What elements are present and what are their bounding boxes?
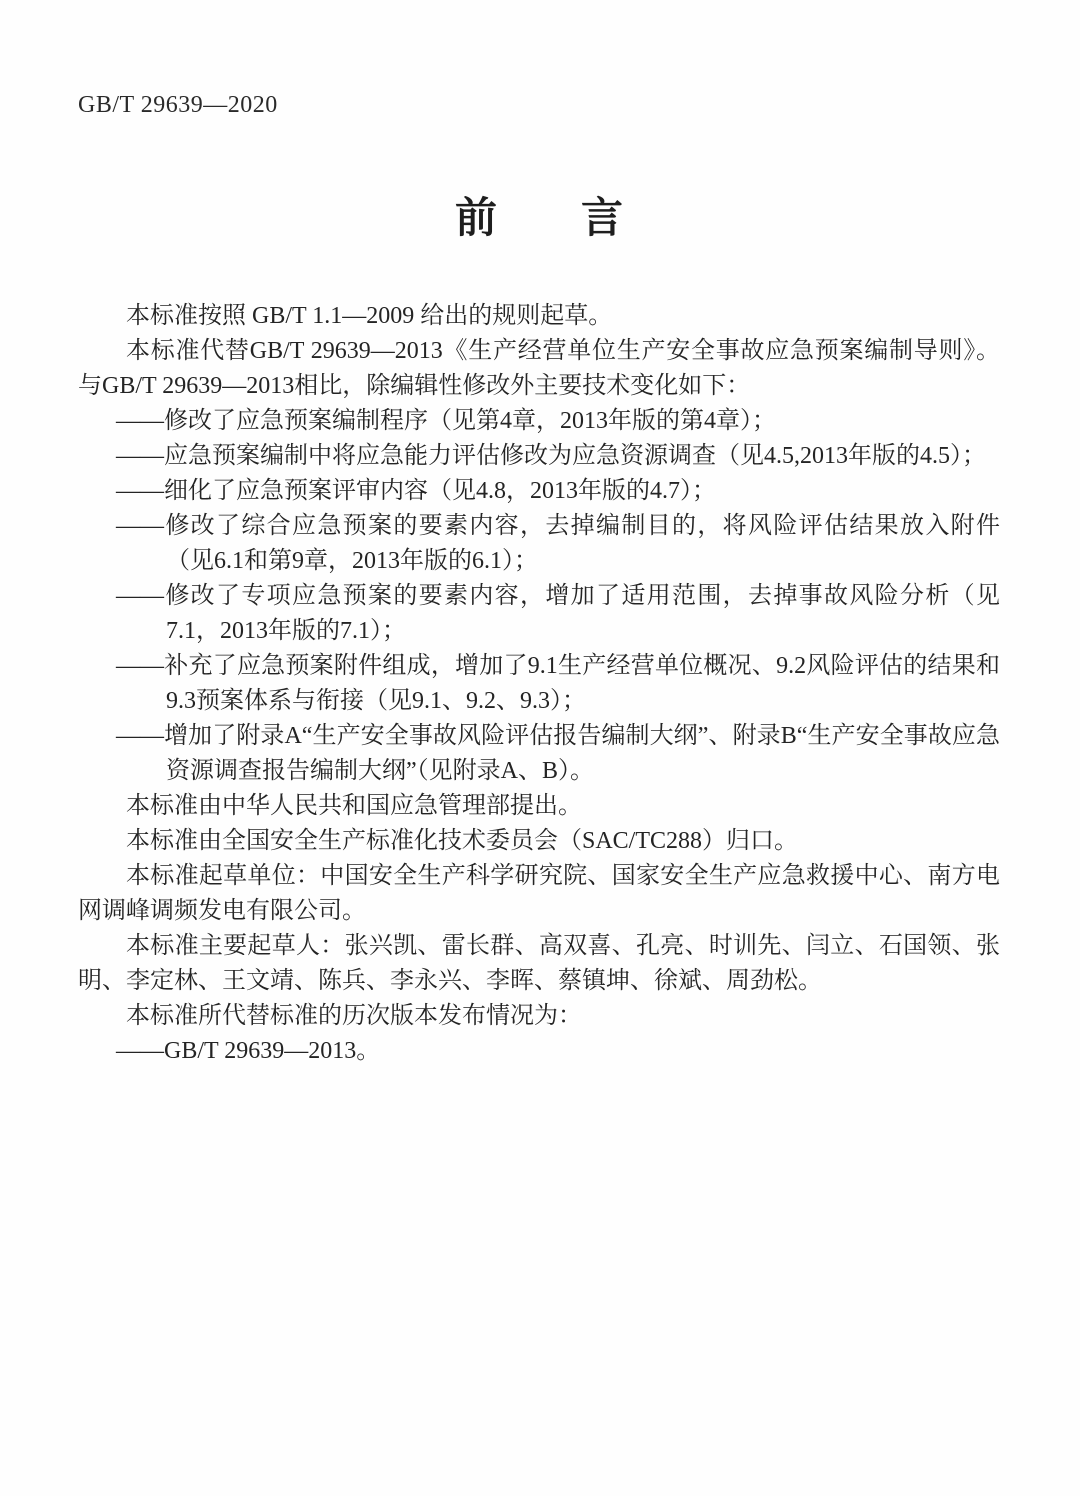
change-item-resource-survey: ——应急预案编制中将应急能力评估修改为应急资源调查（见4.5,2013年版的4.… <box>116 439 1000 474</box>
change-item-special-plan-elements: ——修改了专项应急预案的要素内容，增加了适用范围，去掉事故风险分析（见7.1，2… <box>116 579 1000 649</box>
para-drafting-rules: 本标准按照 GB/T 1.1—2009 给出的规则起草。 <box>78 299 1000 334</box>
para-drafting-organizations: 本标准起草单位：中国安全生产科学研究院、国家安全生产应急救援中心、南方电网调峰调… <box>78 859 1000 929</box>
item-previous-edition-2013: ——GB/T 29639—2013。 <box>116 1034 1000 1069</box>
change-item-compilation-procedure: ——修改了应急预案编制程序（见第4章，2013年版的第4章）； <box>116 404 1000 439</box>
foreword-body: 本标准按照 GB/T 1.1—2009 给出的规则起草。 本标准代替GB/T 2… <box>78 299 1000 1069</box>
foreword-title: 前 言 <box>78 185 1000 245</box>
change-item-annex-composition: ——补充了应急预案附件组成，增加了9.1生产经营单位概况、9.2风险评估的结果和… <box>116 649 1000 719</box>
para-previous-editions-intro: 本标准所代替标准的历次版本发布情况为： <box>78 999 1000 1034</box>
change-item-review-content: ——细化了应急预案评审内容（见4.8，2013年版的4.7）； <box>116 474 1000 509</box>
change-item-added-appendices: ——增加了附录A“生产安全事故风险评估报告编制大纲”、附录B“生产安全事故应急资… <box>116 719 1000 789</box>
para-replaces-previous-standard: 本标准代替GB/T 29639—2013《生产经营单位生产安全事故应急预案编制导… <box>78 334 1000 404</box>
para-proposed-by: 本标准由中华人民共和国应急管理部提出。 <box>78 789 1000 824</box>
standard-number: GB/T 29639—2020 <box>78 92 1000 119</box>
document-page: GB/T 29639—2020 前 言 本标准按照 GB/T 1.1—2009 … <box>0 0 1080 1496</box>
para-main-drafters: 本标准主要起草人：张兴凯、雷长群、高双喜、孔亮、时训先、闫立、石国领、张明、李定… <box>78 929 1000 999</box>
para-centralized-by: 本标准由全国安全生产标准化技术委员会（SAC/TC288）归口。 <box>78 824 1000 859</box>
change-item-comprehensive-plan-elements: ——修改了综合应急预案的要素内容，去掉编制目的，将风险评估结果放入附件（见6.1… <box>116 509 1000 579</box>
